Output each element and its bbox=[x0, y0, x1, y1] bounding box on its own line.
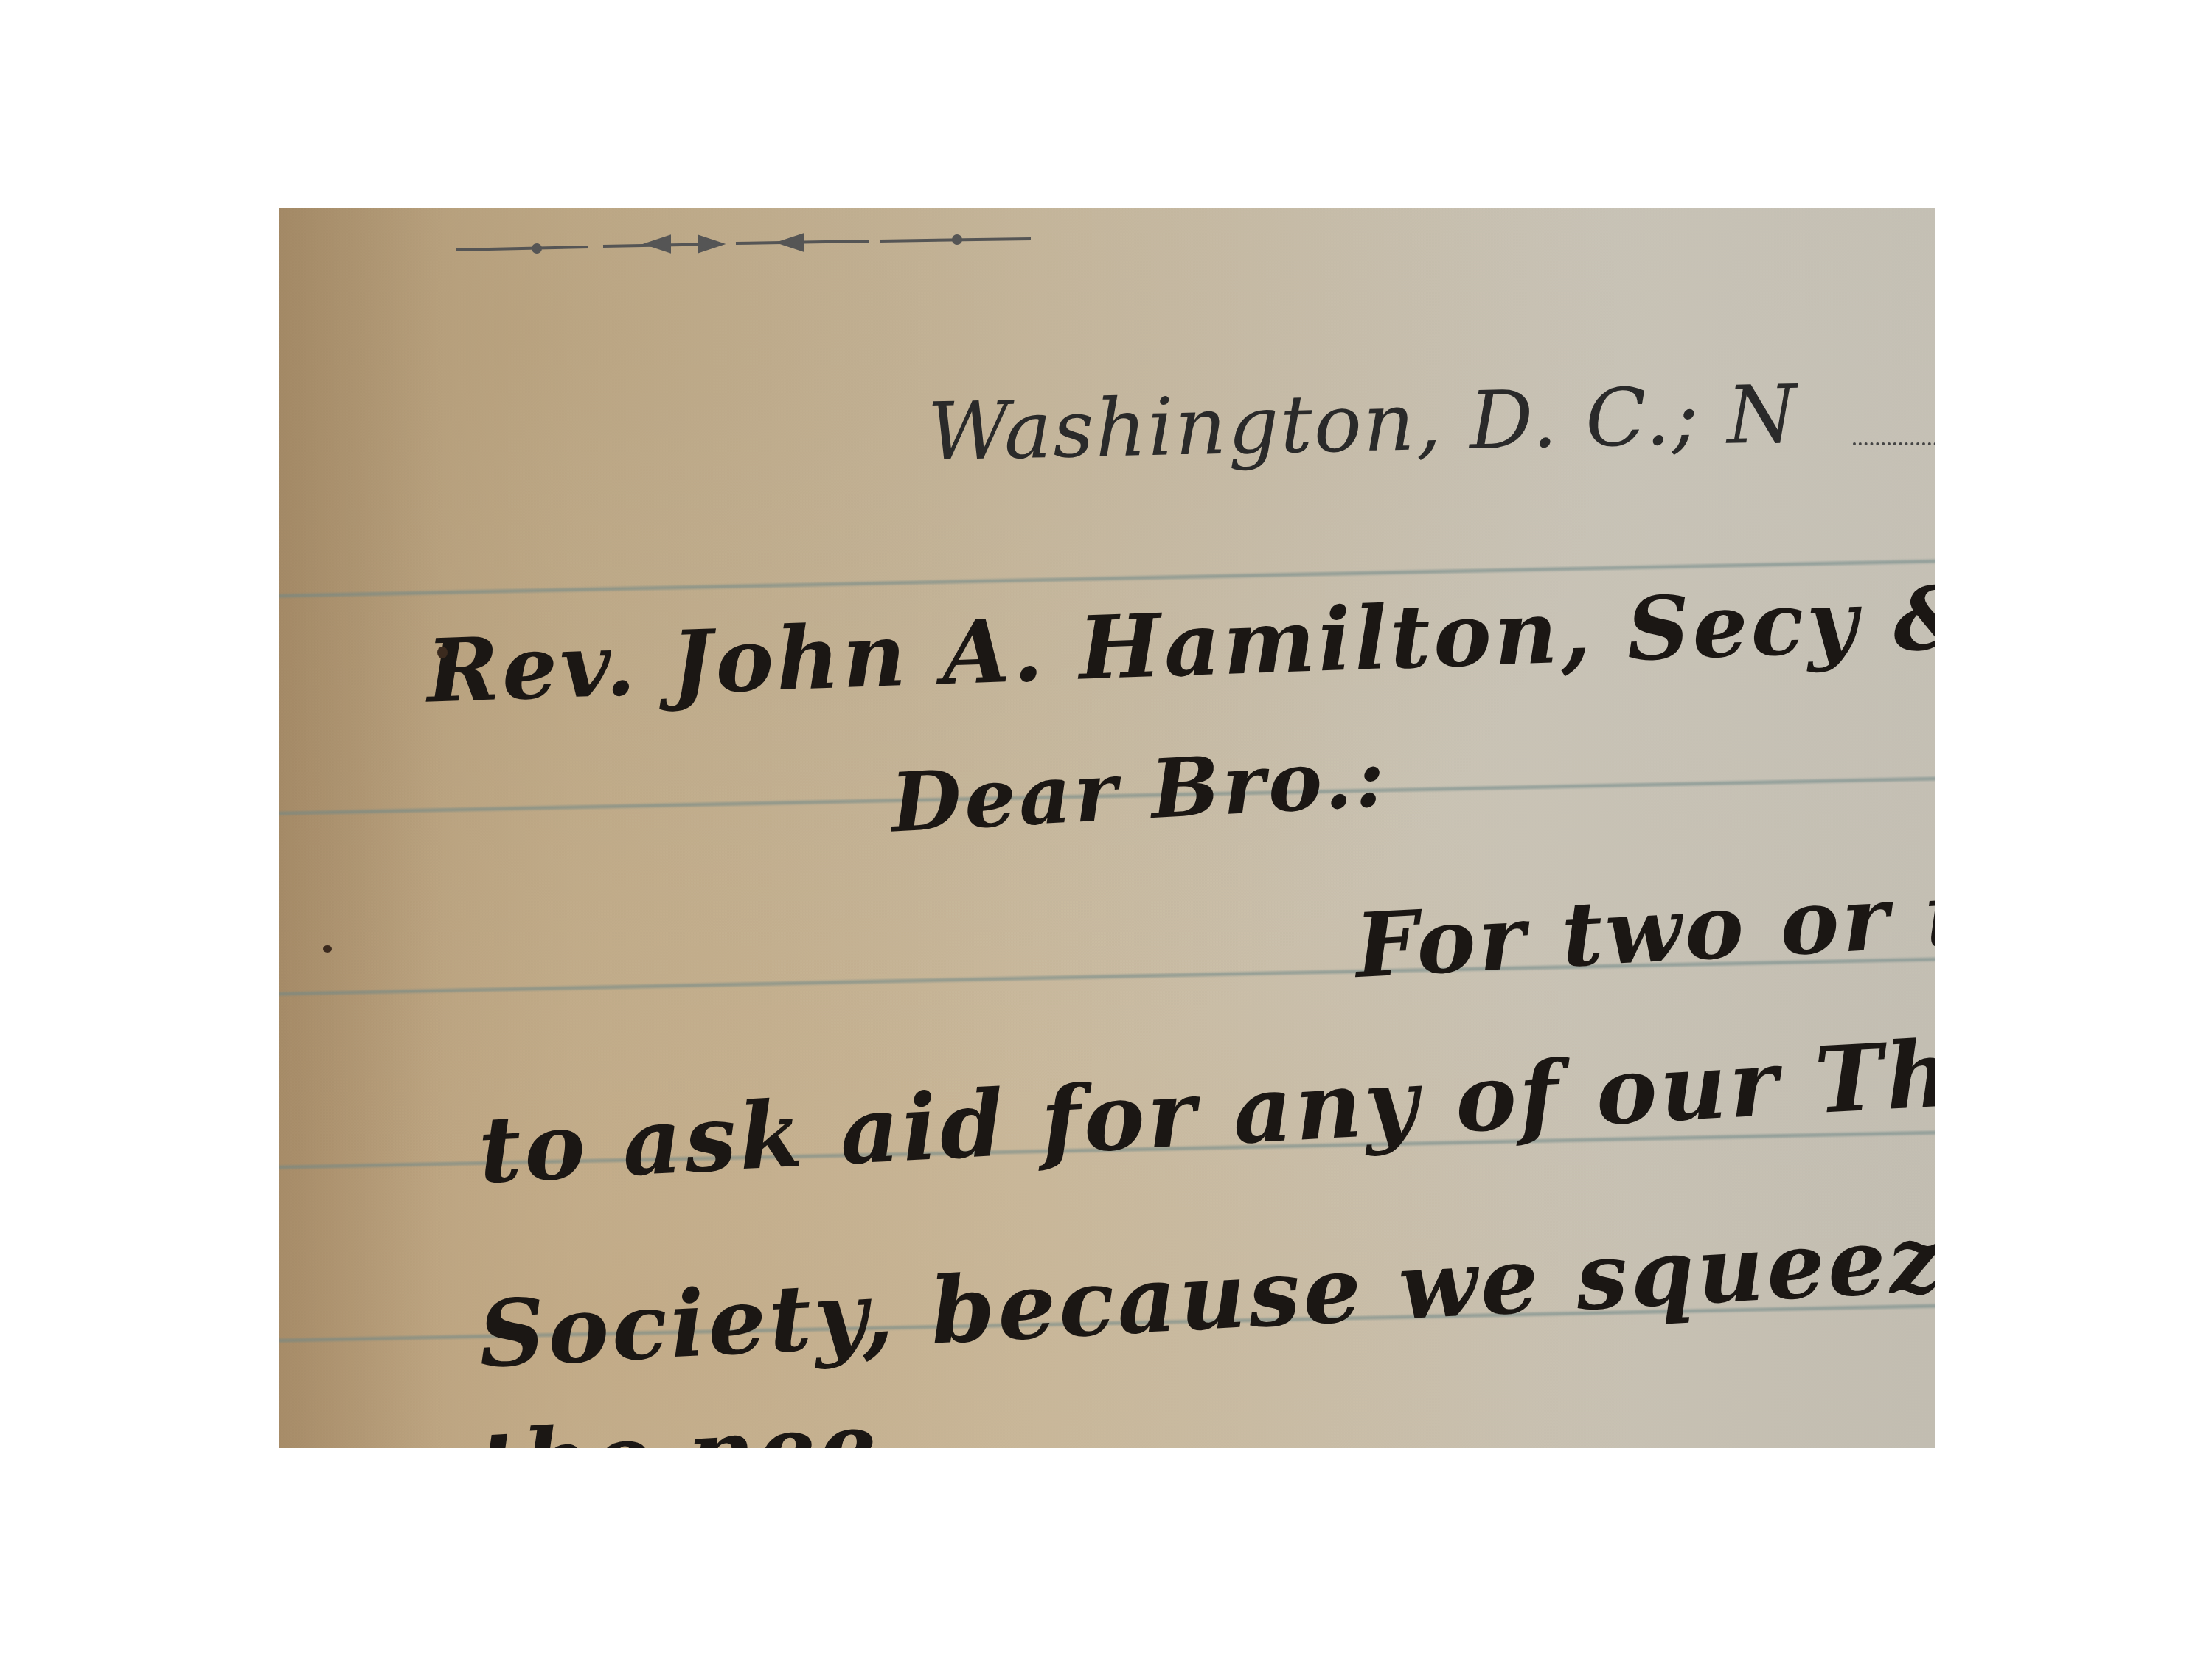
letterhead-ornament-icon bbox=[456, 229, 1031, 259]
letterhead-place-line: Washington, D. C.; N bbox=[927, 369, 1799, 479]
ink-spot bbox=[323, 945, 332, 953]
date-dotted-line bbox=[1853, 442, 1935, 445]
letter-photo: Washington, D. C.; N Rev. John A. Hamilt… bbox=[279, 208, 1935, 1448]
ink-dot bbox=[437, 647, 448, 658]
